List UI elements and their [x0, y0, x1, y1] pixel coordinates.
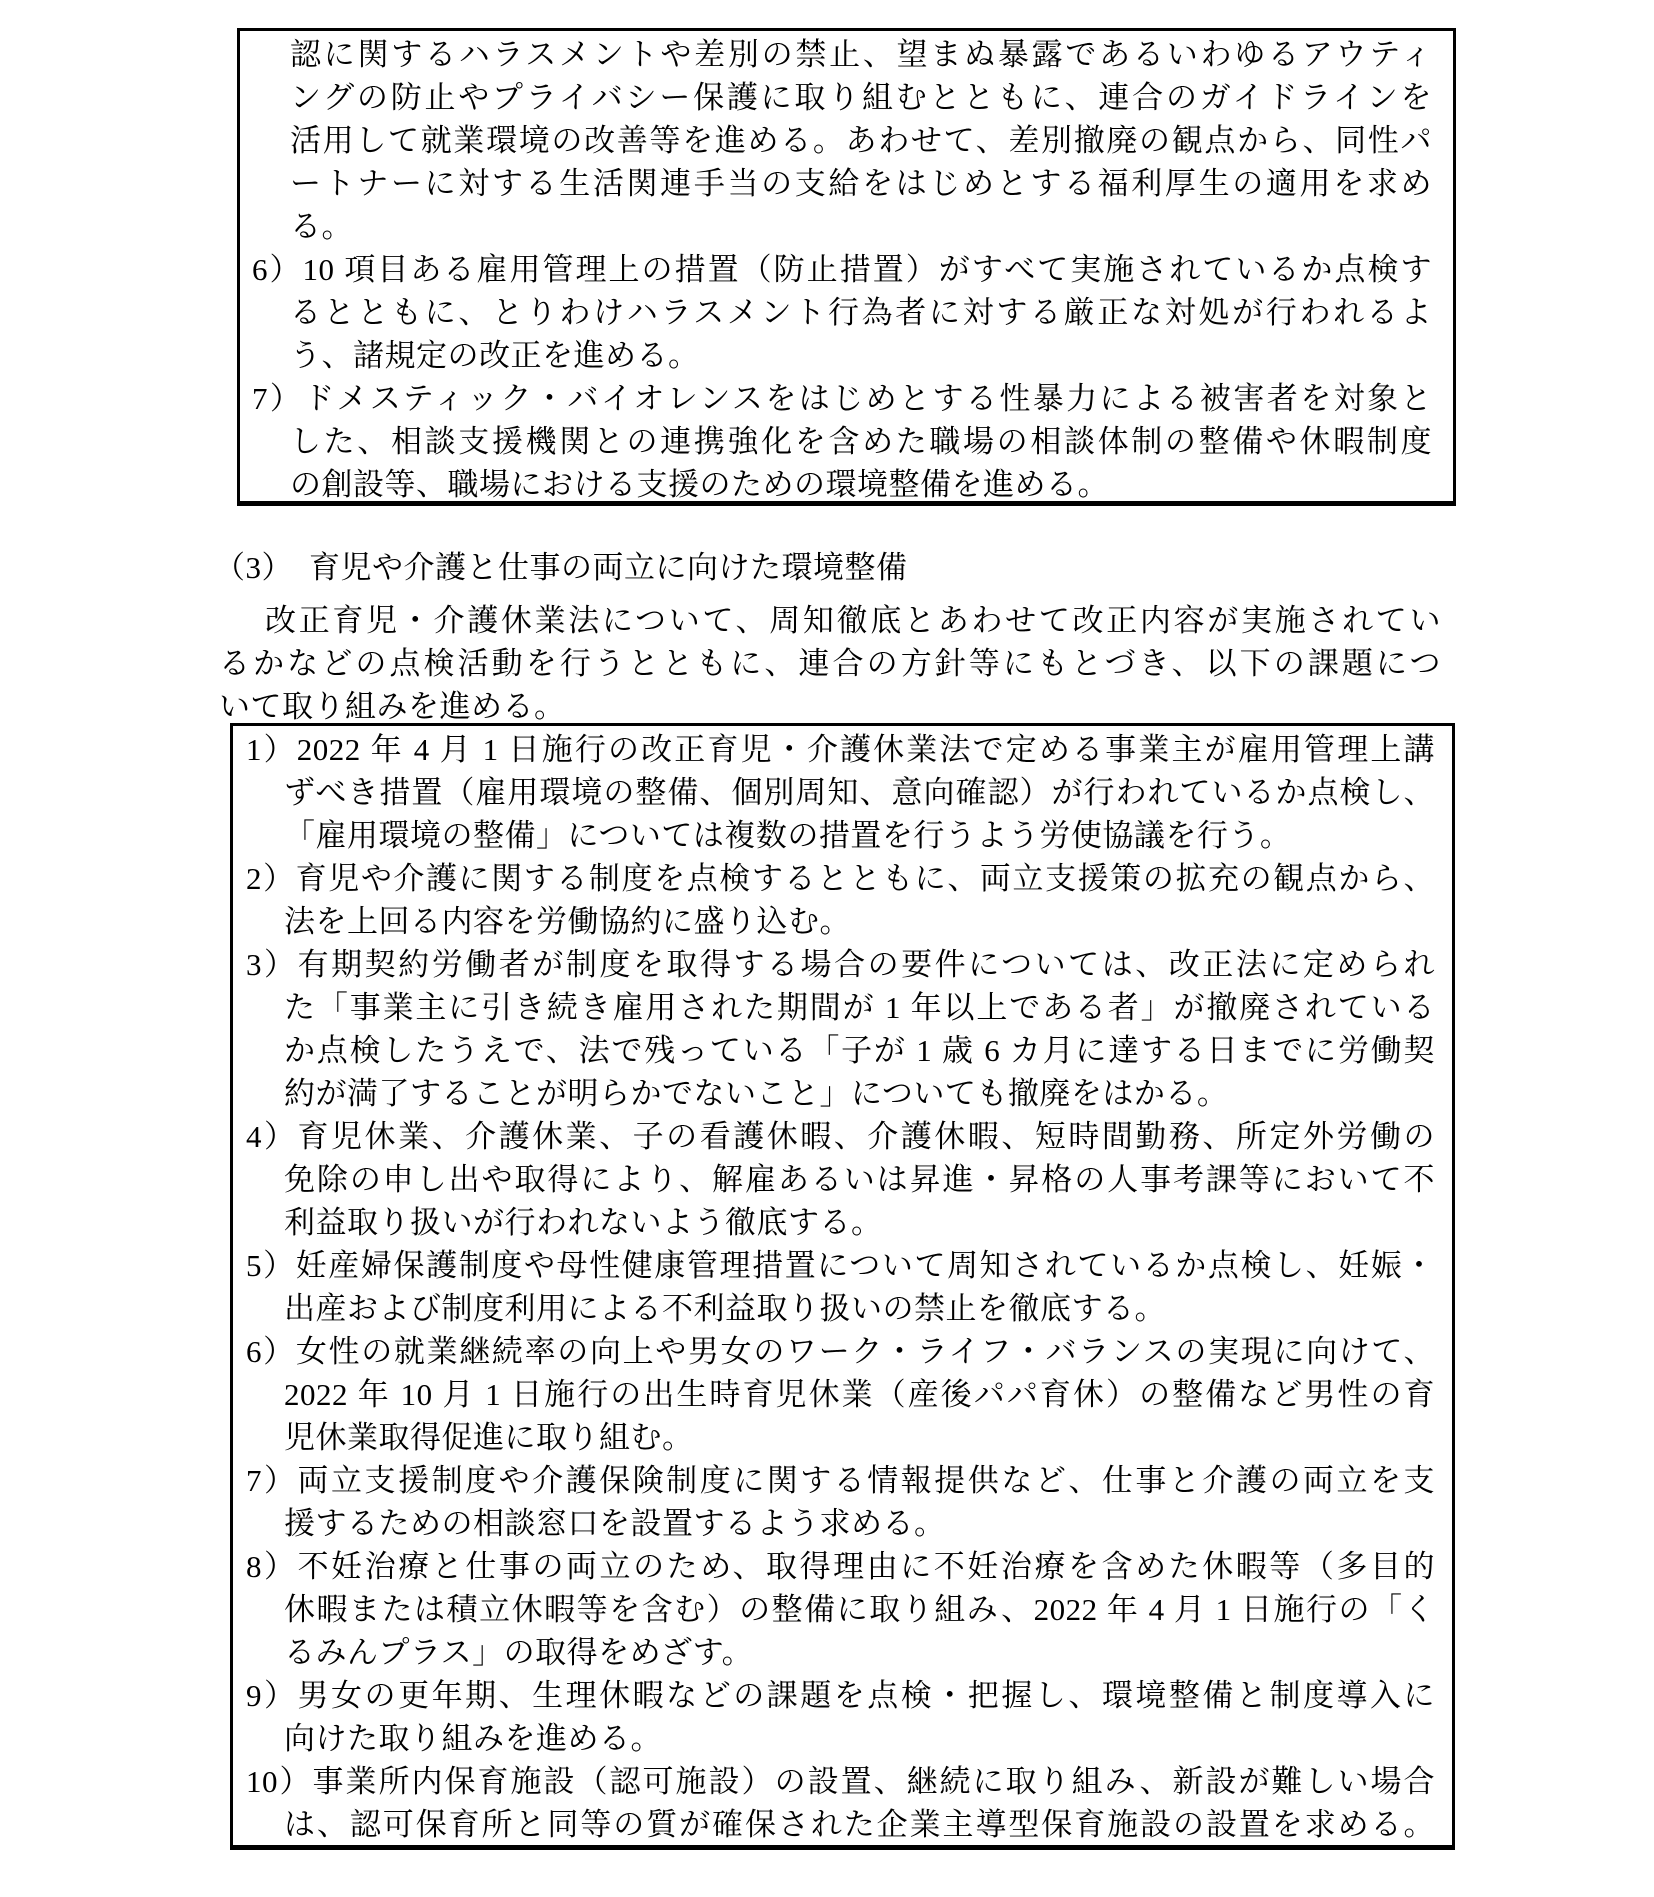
text-line: 10）事業所内保育施設（認可施設）の設置、継続に取り組み、新設が難しい場合	[246, 1760, 1435, 1803]
text-line: 活用して就業環境の改善等を進める。あわせて、差別撤廃の観点から、同性パ	[290, 119, 1432, 162]
section-3-heading: （3） 育児や介護と仕事の両立に向けた環境整備	[214, 546, 908, 589]
text-line: 法を上回る内容を労働協約に盛り込む。	[284, 900, 1435, 943]
text-line: 児休業取得促進に取り組む。	[284, 1416, 1435, 1459]
text-line: 5）妊産婦保護制度や母性健康管理措置について周知されているか点検し、妊娠・	[246, 1244, 1435, 1287]
text-line: 改正育児・介護休業法について、周知徹底とあわせて改正内容が実施されてい	[219, 599, 1441, 642]
childcare-measures-box: 1）2022 年 4 月 1 日施行の改正育児・介護休業法で定める事業主が雇用管…	[230, 723, 1455, 1850]
text-line: 7）両立支援制度や介護保険制度に関する情報提供など、仕事と介護の両立を支	[246, 1459, 1435, 1502]
text-line: 約が満了することが明らかでないこと」についても撤廃をはかる。	[284, 1072, 1435, 1115]
text-line: 向けた取り組みを進める。	[284, 1717, 1435, 1760]
text-line: 9）男女の更年期、生理休暇などの課題を点検・把握し、環境整備と制度導入に	[246, 1674, 1435, 1717]
text-line: るかなどの点検活動を行うとともに、連合の方針等にもとづき、以下の課題につ	[219, 642, 1441, 685]
text-line: るとともに、とりわけハラスメント行為者に対する厳正な対処が行われるよ	[290, 291, 1432, 334]
text-line: るみんプラス」の取得をめざす。	[284, 1631, 1435, 1674]
text-line: 援するための相談窓口を設置するよう求める。	[284, 1502, 1435, 1545]
text-line: 6）女性の就業継続率の向上や男女のワーク・ライフ・バランスの実現に向けて、	[246, 1330, 1435, 1373]
text-line: 2）育児や介護に関する制度を点検するとともに、両立支援策の拡充の観点から、	[246, 857, 1435, 900]
document-page: 認に関するハラスメントや差別の禁止、望まぬ暴露であるいわゆるアウティングの防止や…	[0, 0, 1654, 1897]
text-line: ートナーに対する生活関連手当の支給をはじめとする福利厚生の適用を求め	[290, 162, 1432, 205]
text-line: いて取り組みを進める。	[219, 685, 1441, 728]
text-line: は、認可保育所と同等の質が確保された企業主導型保育施設の設置を求める。	[284, 1803, 1435, 1846]
text-line: ングの防止やプライバシー保護に取り組むとともに、連合のガイドラインを	[290, 76, 1432, 119]
text-line: 8）不妊治療と仕事の両立のため、取得理由に不妊治療を含めた休暇等（多目的	[246, 1545, 1435, 1588]
text-line: る。	[290, 205, 1432, 248]
text-line: 1）2022 年 4 月 1 日施行の改正育児・介護休業法で定める事業主が雇用管…	[246, 728, 1435, 771]
harassment-measures-box-lines: 認に関するハラスメントや差別の禁止、望まぬ暴露であるいわゆるアウティングの防止や…	[240, 33, 1453, 506]
text-line: た「事業主に引き続き雇用された期間が 1 年以上である者」が撤廃されている	[284, 986, 1435, 1029]
text-line: した、相談支援機関との連携強化を含めた職場の相談体制の整備や休暇制度	[290, 420, 1432, 463]
text-line: 6）10 項目ある雇用管理上の措置（防止措置）がすべて実施されているか点検す	[252, 248, 1432, 291]
harassment-measures-box: 認に関するハラスメントや差別の禁止、望まぬ暴露であるいわゆるアウティングの防止や…	[237, 28, 1456, 506]
text-line: 利益取り扱いが行われないよう徹底する。	[284, 1201, 1435, 1244]
text-line: 認に関するハラスメントや差別の禁止、望まぬ暴露であるいわゆるアウティ	[290, 33, 1432, 76]
text-line: 3）有期契約労働者が制度を取得する場合の要件については、改正法に定められ	[246, 943, 1435, 986]
text-line: か点検したうえで、法で残っている「子が 1 歳 6 カ月に達する日までに労働契	[284, 1029, 1435, 1072]
text-line: 2022 年 10 月 1 日施行の出生時育児休業（産後パパ育休）の整備など男性…	[284, 1373, 1435, 1416]
text-line: 免除の申し出や取得により、解雇あるいは昇進・昇格の人事考課等において不	[284, 1158, 1435, 1201]
text-line: 出産および制度利用による不利益取り扱いの禁止を徹底する。	[284, 1287, 1435, 1330]
section-3-intro-paragraph: 改正育児・介護休業法について、周知徹底とあわせて改正内容が実施されているかなどの…	[219, 599, 1441, 728]
text-line: 4）育児休業、介護休業、子の看護休暇、介護休暇、短時間勤務、所定外労働の	[246, 1115, 1435, 1158]
text-line: 7）ドメスティック・バイオレンスをはじめとする性暴力による被害者を対象と	[252, 377, 1432, 420]
text-line: う、諸規定の改正を進める。	[290, 334, 1432, 377]
text-line: の創設等、職場における支援のための環境整備を進める。	[290, 463, 1432, 506]
text-line: 休暇または積立休暇等を含む）の整備に取り組み、2022 年 4 月 1 日施行の…	[284, 1588, 1435, 1631]
childcare-measures-box-lines: 1）2022 年 4 月 1 日施行の改正育児・介護休業法で定める事業主が雇用管…	[233, 728, 1452, 1846]
text-line: 「雇用環境の整備」については複数の措置を行うよう労使協議を行う。	[284, 814, 1435, 857]
text-line: ずべき措置（雇用環境の整備、個別周知、意向確認）が行われているか点検し、	[284, 771, 1435, 814]
